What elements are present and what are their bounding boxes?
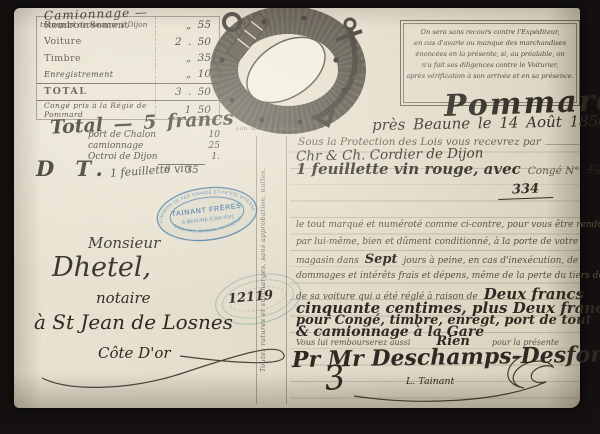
rule-filler — [545, 135, 580, 145]
notice-line: après vérification à son arrivée et en s… — [405, 71, 575, 82]
conge-label: Congé N° — [528, 165, 580, 177]
contract-line: dommages et intérêts frais et dépens, mê… — [296, 271, 584, 281]
fee-label: Enregistrement — [37, 70, 155, 79]
address-city: à St Jean de Losnes — [34, 310, 233, 334]
extra-amount: 1. — [211, 152, 220, 162]
photo-background: Remboursement „ 55 Voiture 2 . 50 Timbre… — [0, 0, 600, 434]
goods-description: 1 feuillette vin rouge, avec — [296, 160, 521, 178]
fee-label: TOTAL — [37, 86, 155, 97]
contract-line: magasin dans Sept jours à peine, en cas … — [296, 252, 584, 267]
extra-label: port de Chalon — [88, 130, 156, 140]
dt-marking: D T. — [36, 156, 110, 181]
lithographer-caption: Lith. Batault à Beaune — [236, 126, 300, 132]
handwritten-days: Sept — [365, 252, 398, 267]
dt-note: 1 feuillette vin — [110, 161, 192, 180]
contract-line: par lui-même, bien et dûment conditionné… — [296, 237, 584, 247]
dateline: près Beaune le 14 Août 1856 — [372, 112, 600, 134]
column-divider — [286, 136, 287, 404]
extra-label: camionnage — [88, 141, 143, 151]
conge-number: 334 — [498, 181, 554, 200]
address-salutation: Monsieur — [88, 234, 160, 252]
fee-row-total: TOTAL 3 . 50 — [37, 83, 219, 100]
carrier-stamp: CHEMINS DE FER GRANDE ET PETITE VITESSE … — [151, 180, 263, 249]
notice-line: en cas d'avarie ou manque des marchandis… — [405, 38, 575, 49]
column-divider — [256, 136, 257, 404]
extra-fee-row: port de Chalon 10 — [88, 130, 220, 140]
address-name: Dhetel, — [52, 252, 151, 283]
notice-line: n'a fait ses diligences contre le Voitur… — [405, 60, 575, 71]
margin-clause: Toutes ratures et surcharges, sans appro… — [259, 136, 285, 404]
notice-line: On sera sans recours contre l'Expéditeur… — [405, 27, 575, 38]
goods-line: 1 feuillette vin rouge, avec Congé N° 12… — [296, 160, 600, 178]
contract-line: le tout marqué et numéroté comme ci-cont… — [296, 220, 584, 230]
address-title: notaire — [96, 289, 151, 307]
fee-row-timbre: Timbre „ 35 — [37, 50, 219, 66]
document-paper: Remboursement „ 55 Voiture 2 . 50 Timbre… — [14, 8, 580, 408]
vine-anchor-emblem-icon — [204, 8, 368, 134]
contract-text: jours à peine, en cas d'inexécution, de — [404, 256, 579, 266]
extra-amount: 25 — [209, 141, 220, 151]
conge-crossed-number: 121 — [586, 162, 600, 178]
extra-fee-row: camionnage 25 — [88, 141, 220, 151]
oval-stamp-icon: CHEMINS DE FER GRANDE ET PETITE VITESSE … — [151, 180, 263, 249]
fee-table: Remboursement „ 55 Voiture 2 . 50 Timbre… — [36, 16, 220, 120]
fee-label: Timbre — [37, 53, 155, 64]
notice-line: énoncées en la présente, si, au préalabl… — [405, 49, 575, 60]
contract-text: magasin dans — [296, 256, 359, 266]
signature-flourish-icon — [350, 356, 582, 406]
fee-row-enregistrement: Enregistrement „ 10 — [37, 66, 219, 82]
handwritten-transport-note: transport de Beaune à Dijon — [40, 20, 148, 29]
fee-row-voiture: Voiture 2 . 50 — [37, 33, 219, 49]
fee-label: Voiture — [37, 36, 155, 47]
